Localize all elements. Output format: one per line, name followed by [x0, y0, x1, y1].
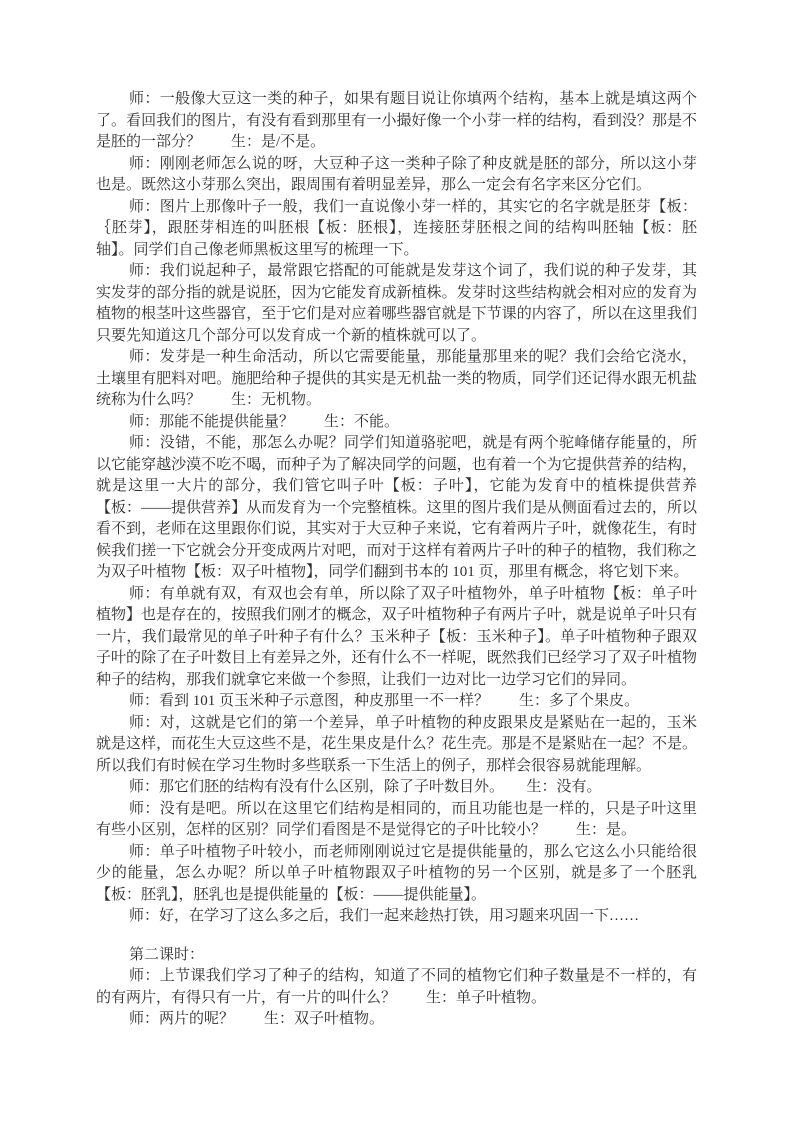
paragraph: 师：没错，不能，那怎么办呢？同学们知道骆驼吧，就是有两个驼峰储存能量的，所以它能…: [96, 433, 697, 584]
paragraph: 师：那它们胚的结构有没有什么区别，除了子叶数目外。 生：没有。: [96, 777, 697, 799]
paragraph: 师：一般像大豆这一类的种子，如果有题目说让你填两个结构，基本上就是填这两个了。看…: [96, 89, 697, 154]
paragraph: 师：好，在学习了这么多之后，我们一起来趁热打铁，用习题来巩固一下……: [96, 906, 697, 928]
paragraph: 师：上节课我们学习了种子的结构，知道了不同的植物它们种子数量是不一样的，有的有两…: [96, 966, 697, 1009]
paragraph: 师：单子叶植物子叶较小，而老师刚刚说过它是提供能量的，那么它这么小只能给很少的能…: [96, 842, 697, 907]
paragraph: 师：有单就有双，有双也会有单，所以除了双子叶植物外，单子叶植物【板：单子叶植物】…: [96, 584, 697, 692]
document-page: 师：一般像大豆这一类的种子，如果有题目说让你填两个结构，基本上就是填这两个了。看…: [0, 0, 800, 1132]
paragraph: 师：看到 101 页玉米种子示意图，种皮那里一不一样？ 生：多了个果皮。: [96, 691, 697, 713]
paragraph: 师：刚刚老师怎么说的呀，大豆种子这一类种子除了种皮就是胚的部分，所以这小芽也是。…: [96, 154, 697, 197]
paragraph: 第二课时：: [96, 945, 697, 967]
paragraph: 师：发芽是一种生命活动，所以它需要能量，那能量那里来的呢？我们会给它浇水，土壤里…: [96, 347, 697, 412]
paragraph: 师：我们说起种子，最常跟它搭配的可能就是发芽这个词了，我们说的种子发芽，其实发芽…: [96, 261, 697, 347]
paragraph: 师：对，这就是它们的第一个差异，单子叶植物的种皮跟果皮是紧贴在一起的，玉米就是这…: [96, 713, 697, 778]
lesson-transcript: 师：一般像大豆这一类的种子，如果有题目说让你填两个结构，基本上就是填这两个了。看…: [96, 89, 697, 1031]
paragraph: 师：没有是吧。所以在这里它们结构是相同的，而且功能也是一样的，只是子叶这里有些小…: [96, 799, 697, 842]
paragraph: 师：那能不能提供能量？ 生：不能。: [96, 412, 697, 434]
paragraph: 师：图片上那像叶子一般，我们一直说像小芽一样的，其实它的名字就是胚芽【板：｛胚芽…: [96, 197, 697, 262]
paragraph: 师：两片的呢？ 生：双子叶植物。: [96, 1009, 697, 1031]
